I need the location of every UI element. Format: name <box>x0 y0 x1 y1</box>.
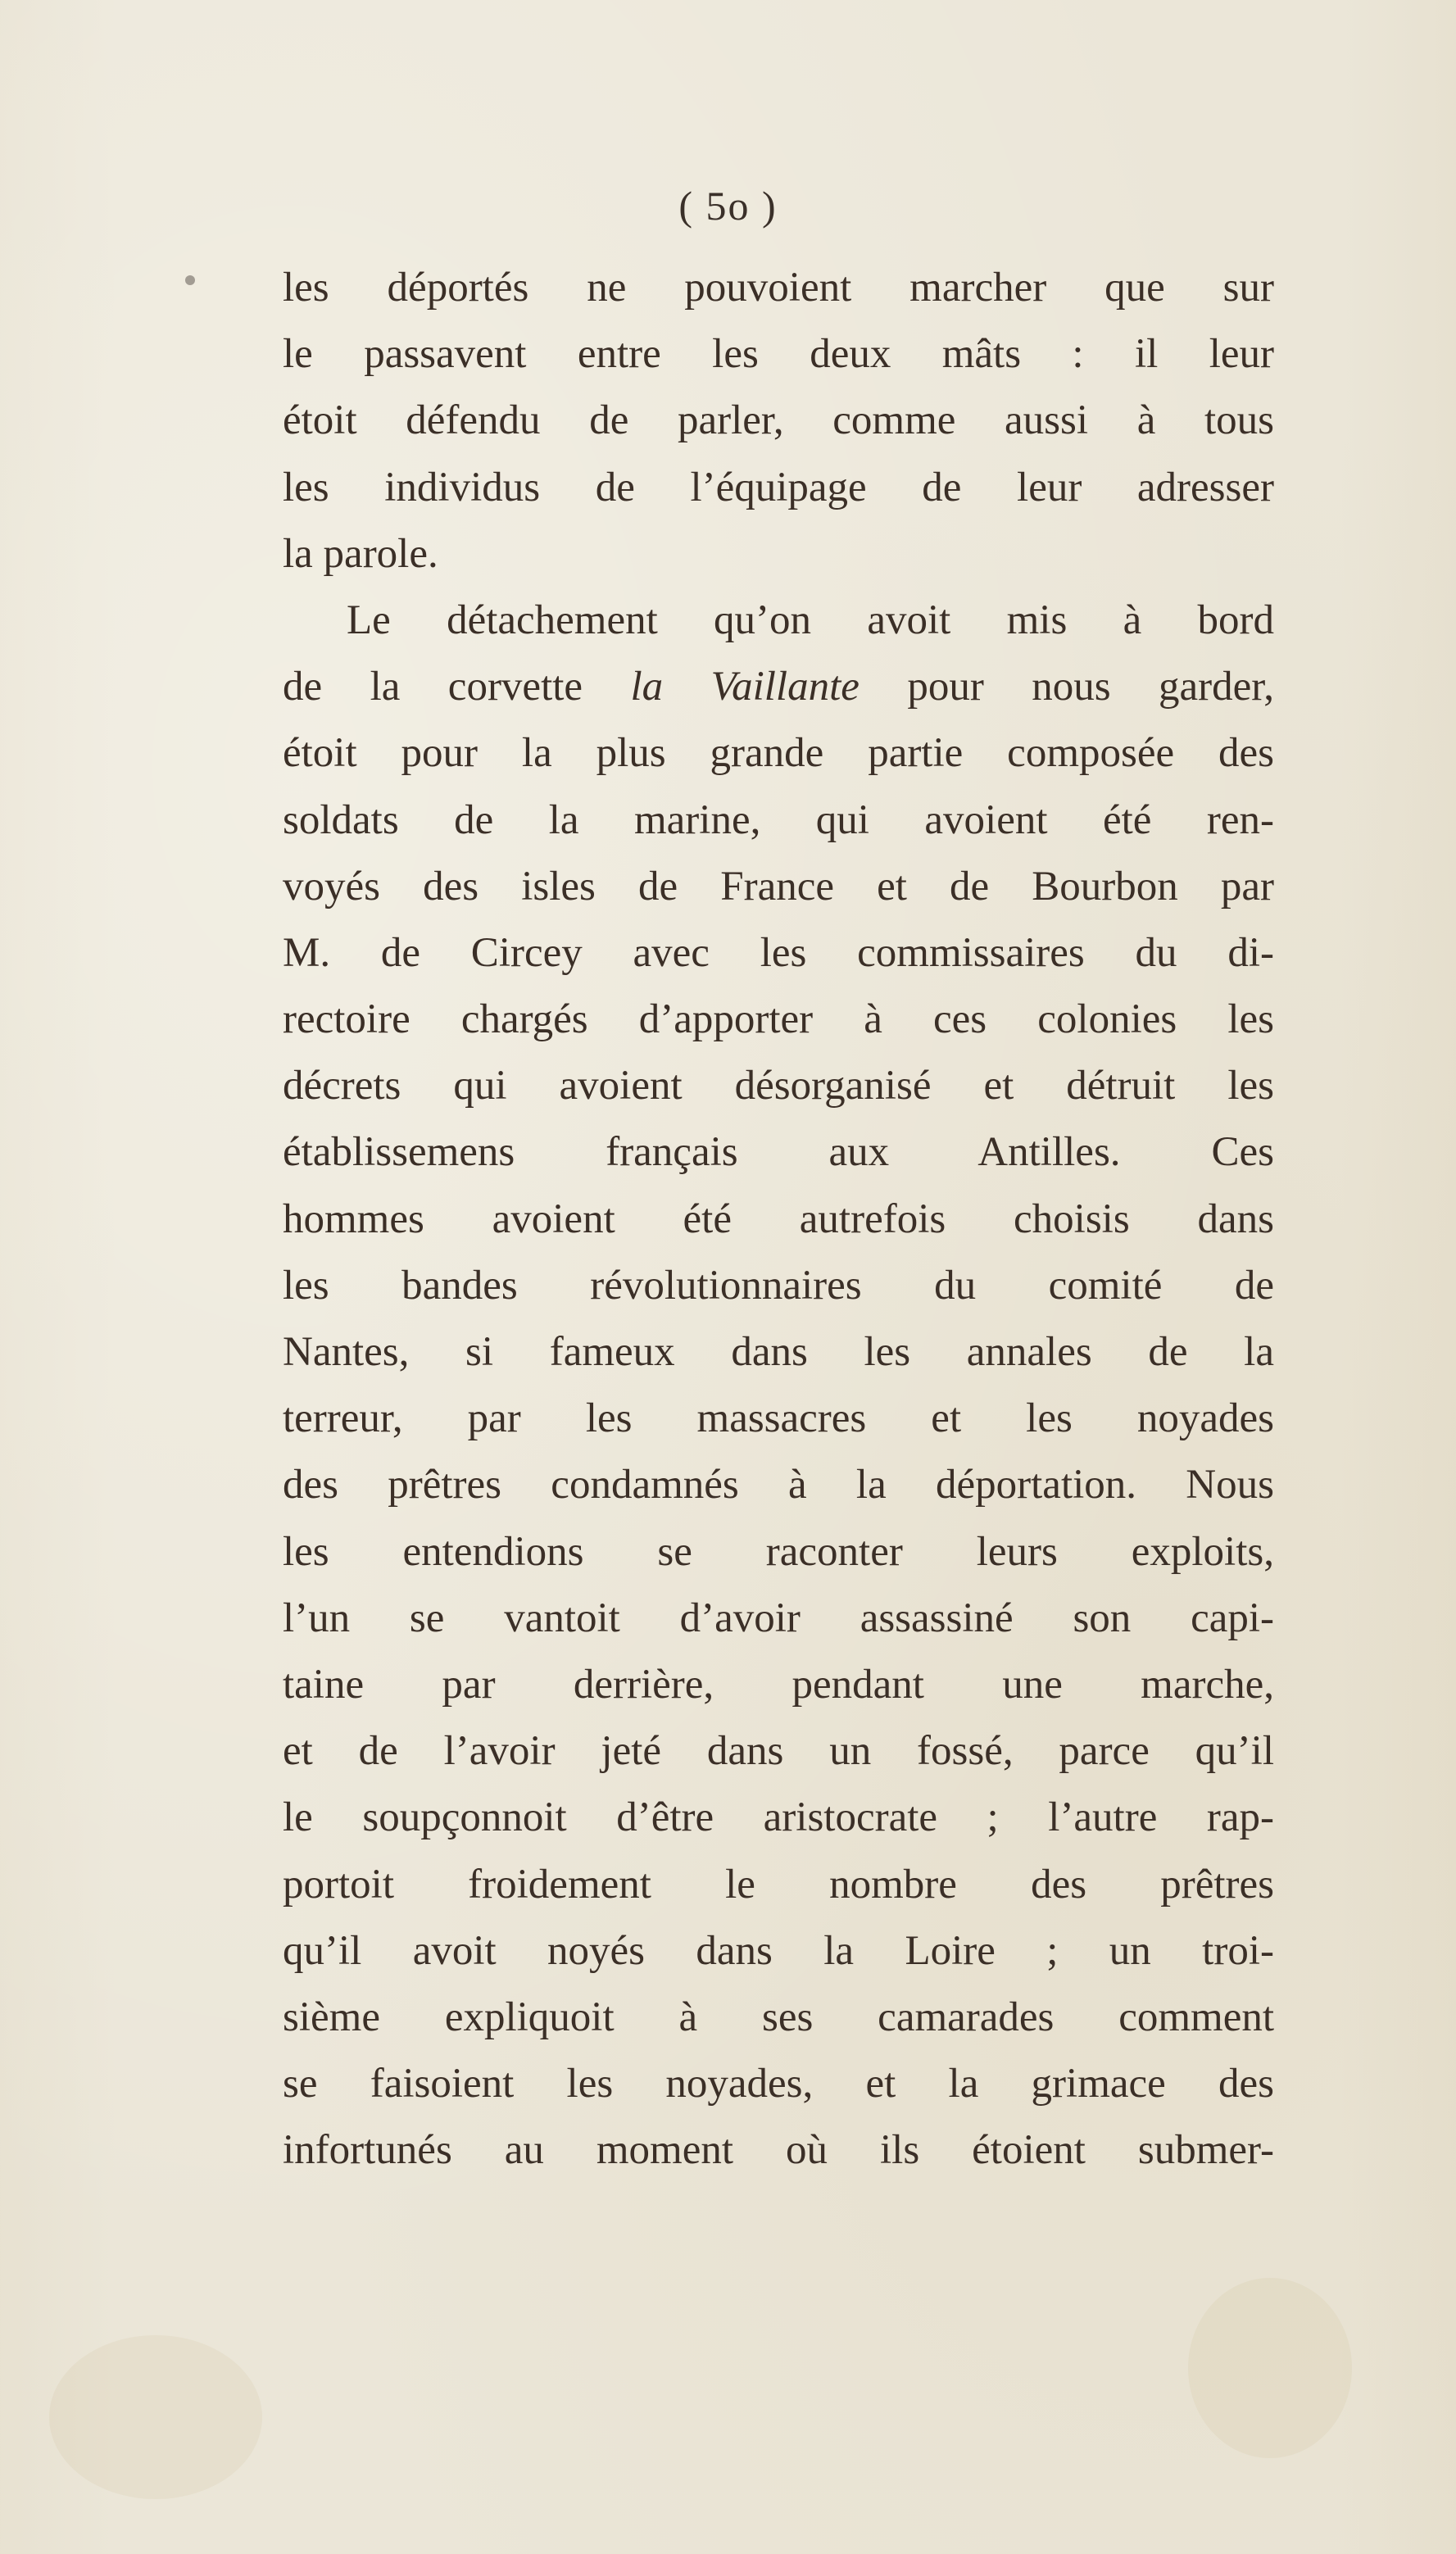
text-line: la parole. <box>283 521 1274 587</box>
text-line: Le détachement qu’on avoit mis à bord <box>283 587 1274 654</box>
page-number: ( 5o ) <box>0 182 1456 229</box>
text-line: étoit pour la plus grande partie composé… <box>283 720 1274 787</box>
text-line: décrets qui avoient désorganisé et détru… <box>283 1053 1274 1119</box>
book-page: ( 5o ) les déportés ne pouvoient marcher… <box>0 0 1456 2554</box>
text-line: taine par derrière, pendant une marche, <box>283 1652 1274 1718</box>
text-line: terreur, par les massacres et les noyade… <box>283 1386 1274 1452</box>
text-line: et de l’avoir jeté dans un fossé, parce … <box>283 1718 1274 1785</box>
paper-stain <box>49 2335 262 2499</box>
text-line: étoit défendu de parler, comme aussi à t… <box>283 388 1274 454</box>
text-line: les bandes révolutionnaires du comité de <box>283 1253 1274 1319</box>
margin-mark <box>185 275 195 285</box>
text-line: se faisoient les noyades, et la grimace … <box>283 2051 1274 2117</box>
text-line: M. de Circey avec les commissaires du di… <box>283 920 1274 987</box>
text-run: pour nous garder, <box>860 664 1274 710</box>
text-line: Nantes, si fameux dans les annales de la <box>283 1319 1274 1386</box>
text-line: voyés des isles de France et de Bourbon … <box>283 854 1274 920</box>
text-line: rectoire chargés d’apporter à ces coloni… <box>283 987 1274 1053</box>
text-line: les déportés ne pouvoient marcher que su… <box>283 255 1274 321</box>
body-text: les déportés ne pouvoient marcher que su… <box>283 255 1274 2251</box>
text-line: des prêtres condamnés à la déportation. … <box>283 1452 1274 1518</box>
text-line: l’un se vantoit d’avoir assassiné son ca… <box>283 1585 1274 1652</box>
text-line: sième expliquoit à ses camarades comment <box>283 1985 1274 2051</box>
text-line <box>283 2184 1274 2250</box>
text-line: hommes avoient été autrefois choisis dan… <box>283 1186 1274 1253</box>
paper-stain <box>1188 2278 1352 2458</box>
text-line: les individus de l’équipage de leur adre… <box>283 455 1274 521</box>
text-line: les entendions se raconter leurs exploit… <box>283 1519 1274 1585</box>
ship-name: la Vaillante <box>630 664 859 710</box>
text-line: le soupçonnoit d’être aristocrate ; l’au… <box>283 1785 1274 1851</box>
text-line-with-ship-name: de la corvette la Vaillante pour nous ga… <box>283 654 1274 720</box>
text-line: soldats de la marine, qui avoient été re… <box>283 787 1274 854</box>
text-line: qu’il avoit noyés dans la Loire ; un tro… <box>283 1918 1274 1985</box>
paragraph: les déportés ne pouvoient marcher que su… <box>283 255 1274 587</box>
text-line: établissemens français aux Antilles. Ces <box>283 1119 1274 1186</box>
paragraph: Le détachement qu’on avoit mis à bord de… <box>283 587 1274 2251</box>
text-line: portoit froidement le nombre des prêtres <box>283 1852 1274 1918</box>
text-line: infortunés au moment où ils étoient subm… <box>283 2117 1274 2184</box>
text-line: le passavent entre les deux mâts : il le… <box>283 321 1274 388</box>
text-run: de la corvette <box>283 664 630 710</box>
